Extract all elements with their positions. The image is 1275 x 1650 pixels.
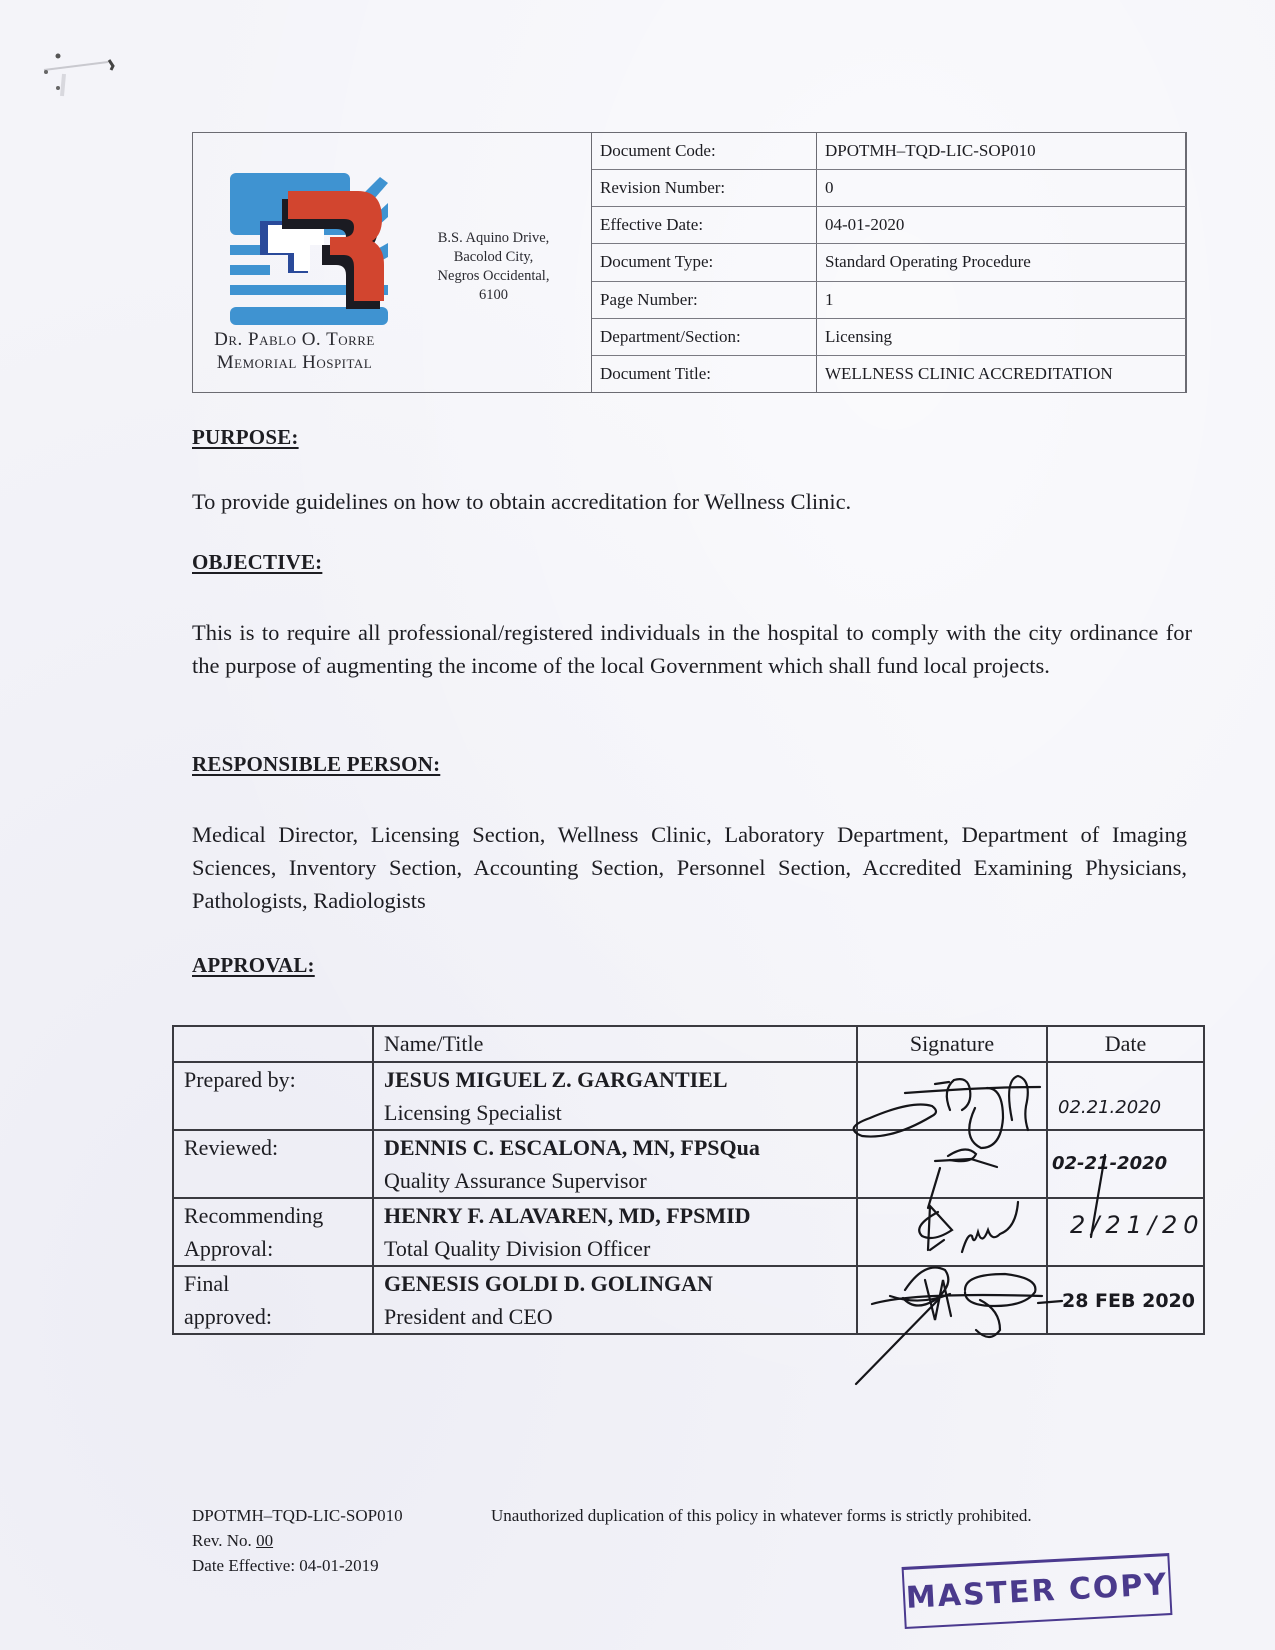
objective-text: This is to require all professional/regi…	[192, 616, 1192, 682]
role-cell: Prepared by:	[173, 1062, 373, 1130]
logo-cell: Dr. Pablo O. Torre Memorial Hospital	[193, 133, 396, 392]
name-title-cell: DENNIS C. ESCALONA, MN, FPSQua Quality A…	[373, 1130, 857, 1198]
purpose-text: To provide guidelines on how to obtain a…	[192, 485, 1187, 518]
table-row-reviewed: Reviewed: DENNIS C. ESCALONA, MN, FPSQua…	[173, 1130, 1204, 1198]
table-row-recommending-approval: Recommending Approval: HENRY F. ALAVAREN…	[173, 1198, 1204, 1266]
info-label: Document Type:	[592, 244, 817, 280]
info-value: 0	[817, 170, 1186, 206]
info-label: Document Code:	[592, 133, 817, 169]
responsible-person-heading: RESPONSIBLE PERSON:	[192, 752, 440, 777]
hospital-logo-icon	[230, 173, 388, 325]
column-header-name-title: Name/Title	[373, 1026, 857, 1062]
signature-cell	[857, 1198, 1047, 1266]
name-title-cell: JESUS MIGUEL Z. GARGANTIEL Licensing Spe…	[373, 1062, 857, 1130]
table-row-prepared-by: Prepared by: JESUS MIGUEL Z. GARGANTIEL …	[173, 1062, 1204, 1130]
column-header-role	[173, 1026, 373, 1062]
objective-heading: OBJECTIVE:	[192, 550, 322, 575]
info-label: Department/Section:	[592, 319, 817, 355]
info-label: Page Number:	[592, 282, 817, 318]
approval-heading: APPROVAL:	[192, 953, 315, 978]
info-value: 1	[817, 282, 1186, 318]
info-label: Document Title:	[592, 356, 817, 392]
handwritten-date: 2/21/20	[1070, 1209, 1205, 1242]
footer-document-info: DPOTMH–TQD-LIC-SOP010 Rev. No. 00 Date E…	[192, 1503, 403, 1578]
footer-revision: Rev. No. 00	[192, 1528, 403, 1553]
info-value: 04-01-2020	[817, 207, 1186, 243]
table-row-final-approved: Final approved: GENESIS GOLDI D. GOLINGA…	[173, 1266, 1204, 1334]
role-cell: Final approved:	[173, 1266, 373, 1334]
document-header-table: Dr. Pablo O. Torre Memorial Hospital B.S…	[192, 132, 1187, 393]
handwritten-date: 02-21-2020	[1052, 1147, 1167, 1180]
signature-cell	[857, 1062, 1047, 1130]
name-title-cell: HENRY F. ALAVAREN, MD, FPSMID Total Qual…	[373, 1198, 857, 1266]
approval-table-header: Name/Title Signature Date	[173, 1026, 1204, 1062]
info-label: Effective Date:	[592, 207, 817, 243]
footer-date-effective: Date Effective: 04-01-2019	[192, 1553, 403, 1578]
info-row-revision-number: Revision Number: 0	[592, 170, 1186, 207]
footer-doc-code: DPOTMH–TQD-LIC-SOP010	[192, 1503, 403, 1528]
column-header-signature: Signature	[857, 1026, 1047, 1062]
handwritten-date: 28 FEB 2020	[1062, 1285, 1195, 1318]
info-label: Revision Number:	[592, 170, 817, 206]
date-cell: 02-21-2020	[1047, 1130, 1204, 1198]
date-cell: 28 FEB 2020	[1047, 1266, 1204, 1334]
info-row-document-type: Document Type: Standard Operating Proced…	[592, 244, 1186, 281]
info-row-effective-date: Effective Date: 04-01-2020	[592, 207, 1186, 244]
master-copy-stamp: MASTER COPY	[902, 1553, 1173, 1629]
info-row-page-number: Page Number: 1	[592, 282, 1186, 319]
date-cell: 2/21/20	[1047, 1198, 1204, 1266]
signature-cell	[857, 1130, 1047, 1198]
hospital-name: Dr. Pablo O. Torre Memorial Hospital	[193, 328, 396, 374]
column-header-date: Date	[1047, 1026, 1204, 1062]
approval-table: Name/Title Signature Date Prepared by: J…	[172, 1025, 1205, 1335]
date-cell: 02.21.2020	[1047, 1062, 1204, 1130]
address-cell: B.S. Aquino Drive, Bacolod City, Negros …	[396, 133, 592, 392]
signature-cell	[857, 1266, 1047, 1334]
duplication-notice: Unauthorized duplication of this policy …	[491, 1503, 1032, 1528]
info-value: Standard Operating Procedure	[817, 244, 1186, 280]
info-value: WELLNESS CLINIC ACCREDITATION	[817, 356, 1186, 392]
document-info-grid: Document Code: DPOTMH–TQD-LIC-SOP010 Rev…	[592, 133, 1186, 392]
responsible-person-text: Medical Director, Licensing Section, Wel…	[192, 818, 1187, 917]
info-value: Licensing	[817, 319, 1186, 355]
hospital-address: B.S. Aquino Drive, Bacolod City, Negros …	[396, 229, 591, 305]
info-row-document-title: Document Title: WELLNESS CLINIC ACCREDIT…	[592, 356, 1186, 392]
info-row-document-code: Document Code: DPOTMH–TQD-LIC-SOP010	[592, 133, 1186, 170]
info-value: DPOTMH–TQD-LIC-SOP010	[817, 133, 1186, 169]
staple-mark-icon	[36, 46, 126, 106]
info-row-department: Department/Section: Licensing	[592, 319, 1186, 356]
name-title-cell: GENESIS GOLDI D. GOLINGAN President and …	[373, 1266, 857, 1334]
role-cell: Reviewed:	[173, 1130, 373, 1198]
role-cell: Recommending Approval:	[173, 1198, 373, 1266]
handwritten-date: 02.21.2020	[1058, 1091, 1161, 1124]
purpose-heading: PURPOSE:	[192, 425, 299, 450]
